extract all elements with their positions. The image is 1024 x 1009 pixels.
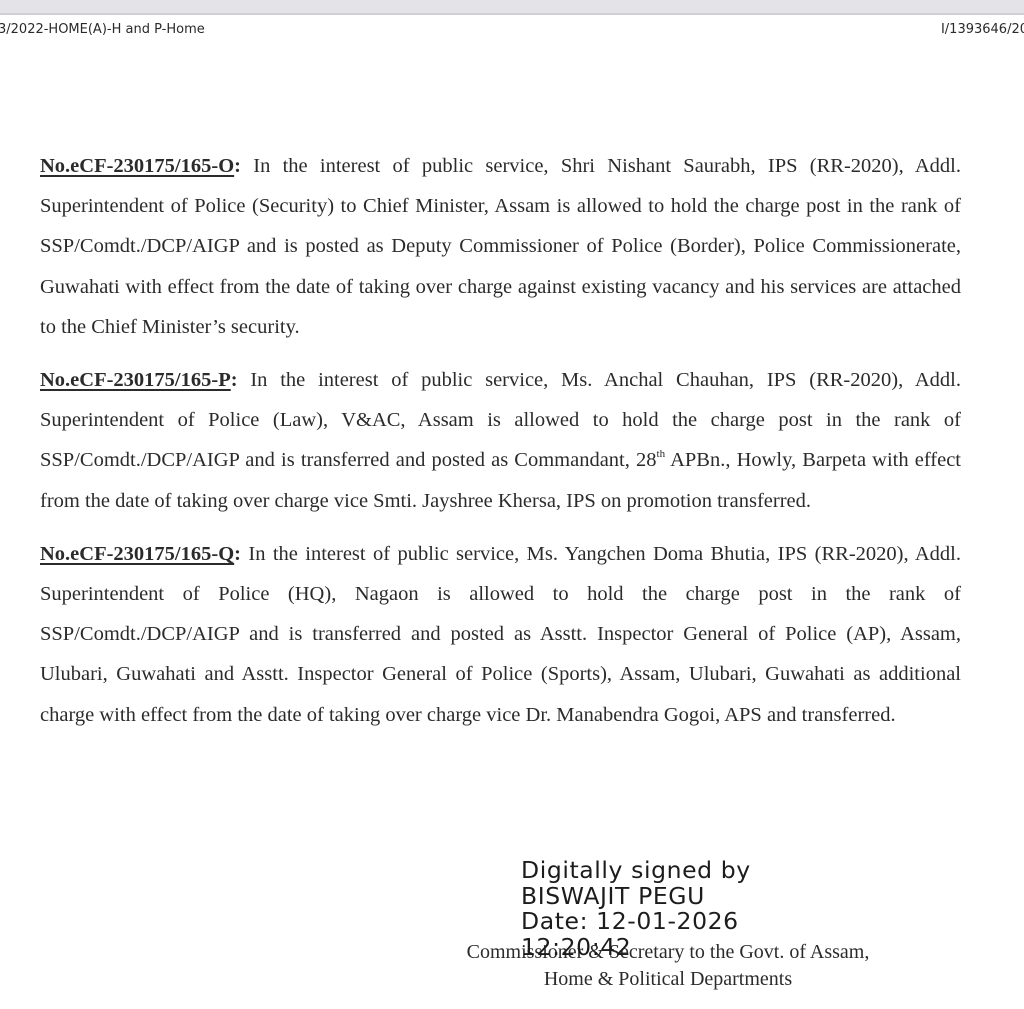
document-body: No.eCF-230175/165-O: In the interest of … [40, 146, 961, 748]
order-text: In the interest of public service, Shri … [40, 155, 961, 338]
order-number: No.eCF-230175/165-O [40, 155, 234, 177]
order-number: No.eCF-230175/165-Q [40, 543, 234, 565]
order-colon: : [234, 543, 241, 565]
order-colon: : [231, 369, 238, 391]
viewer-top-bar [0, 0, 1024, 15]
designation-line-2: Home & Political Departments [430, 966, 906, 993]
order-colon: : [234, 155, 241, 177]
ordinal-suffix: th [657, 448, 666, 460]
signature-time: 12:20:42 [521, 935, 751, 961]
order-number: No.eCF-230175/165-P [40, 369, 231, 391]
signature-signer-name: BISWAJIT PEGU [521, 884, 751, 910]
signature-date: Date: 12-01-2026 [521, 909, 751, 935]
order-text: In the interest of public service, Ms. Y… [40, 543, 961, 726]
digital-signature-stamp: Digitally signed by BISWAJIT PEGU Date: … [521, 858, 751, 960]
order-paragraph-q: No.eCF-230175/165-Q: In the interest of … [40, 534, 961, 735]
order-paragraph-p: No.eCF-230175/165-P: In the interest of … [40, 360, 961, 521]
order-paragraph-o: No.eCF-230175/165-O: In the interest of … [40, 146, 961, 347]
file-reference-left: 3/2022-HOME(A)-H and P-Home [0, 22, 205, 37]
file-reference-right: I/1393646/20 [941, 22, 1024, 37]
signature-line-1: Digitally signed by [521, 858, 751, 884]
